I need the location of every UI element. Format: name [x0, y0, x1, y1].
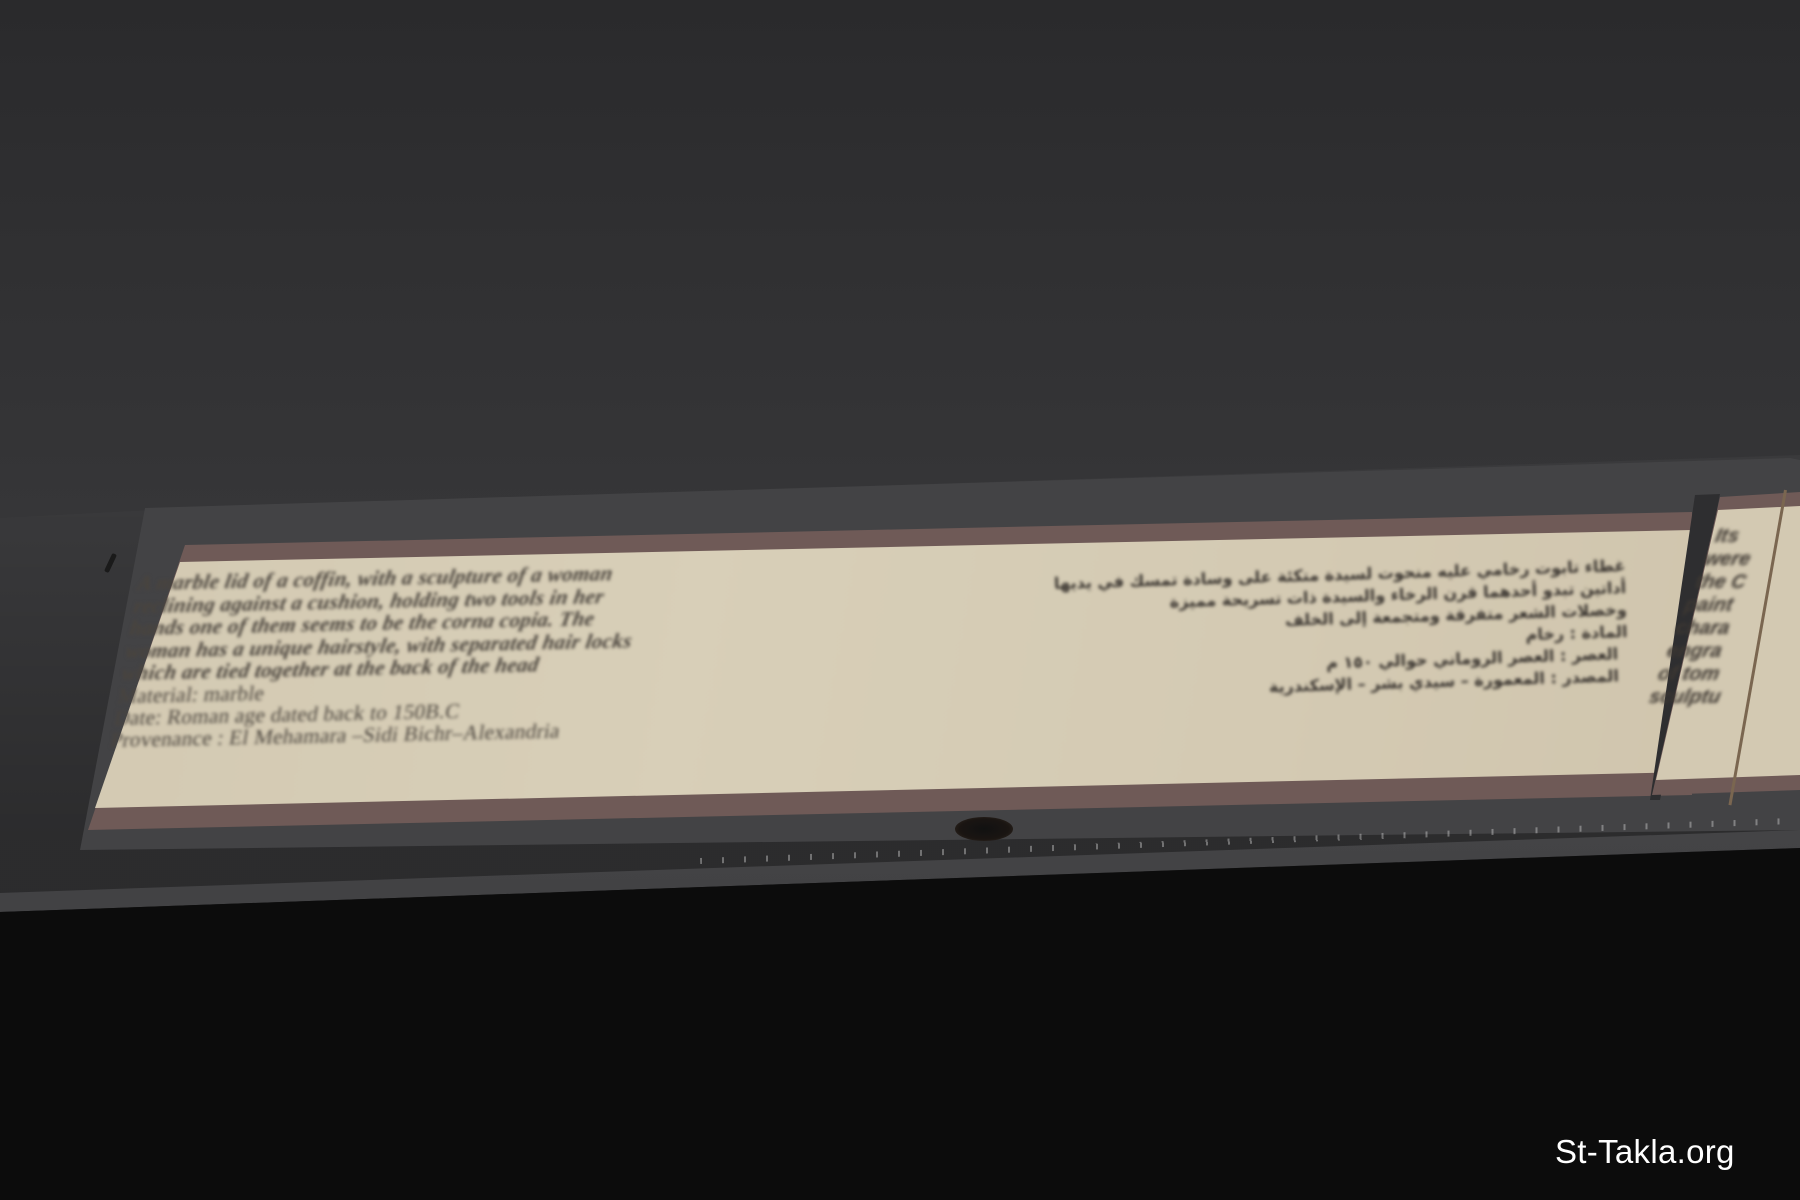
watermark: St-Takla.org	[1555, 1133, 1735, 1171]
english-description: A marble lid of a coffin, with a sculptu…	[109, 556, 923, 751]
adjacent-line: Its	[1713, 525, 1800, 548]
adjacent-line: were	[1702, 548, 1800, 571]
screw-hole	[955, 817, 1013, 841]
adjacent-line: engra	[1665, 640, 1800, 663]
adjacent-line: paint	[1682, 594, 1800, 617]
adjacent-line: chara	[1674, 617, 1800, 640]
adjacent-line: sculptu	[1647, 686, 1800, 709]
adjacent-line: the C	[1693, 571, 1800, 594]
adjacent-line: of tom	[1656, 663, 1800, 686]
arabic-description: غطاء تابوت رخامي عليه منحوت لسيدة متكئة …	[985, 555, 1629, 707]
